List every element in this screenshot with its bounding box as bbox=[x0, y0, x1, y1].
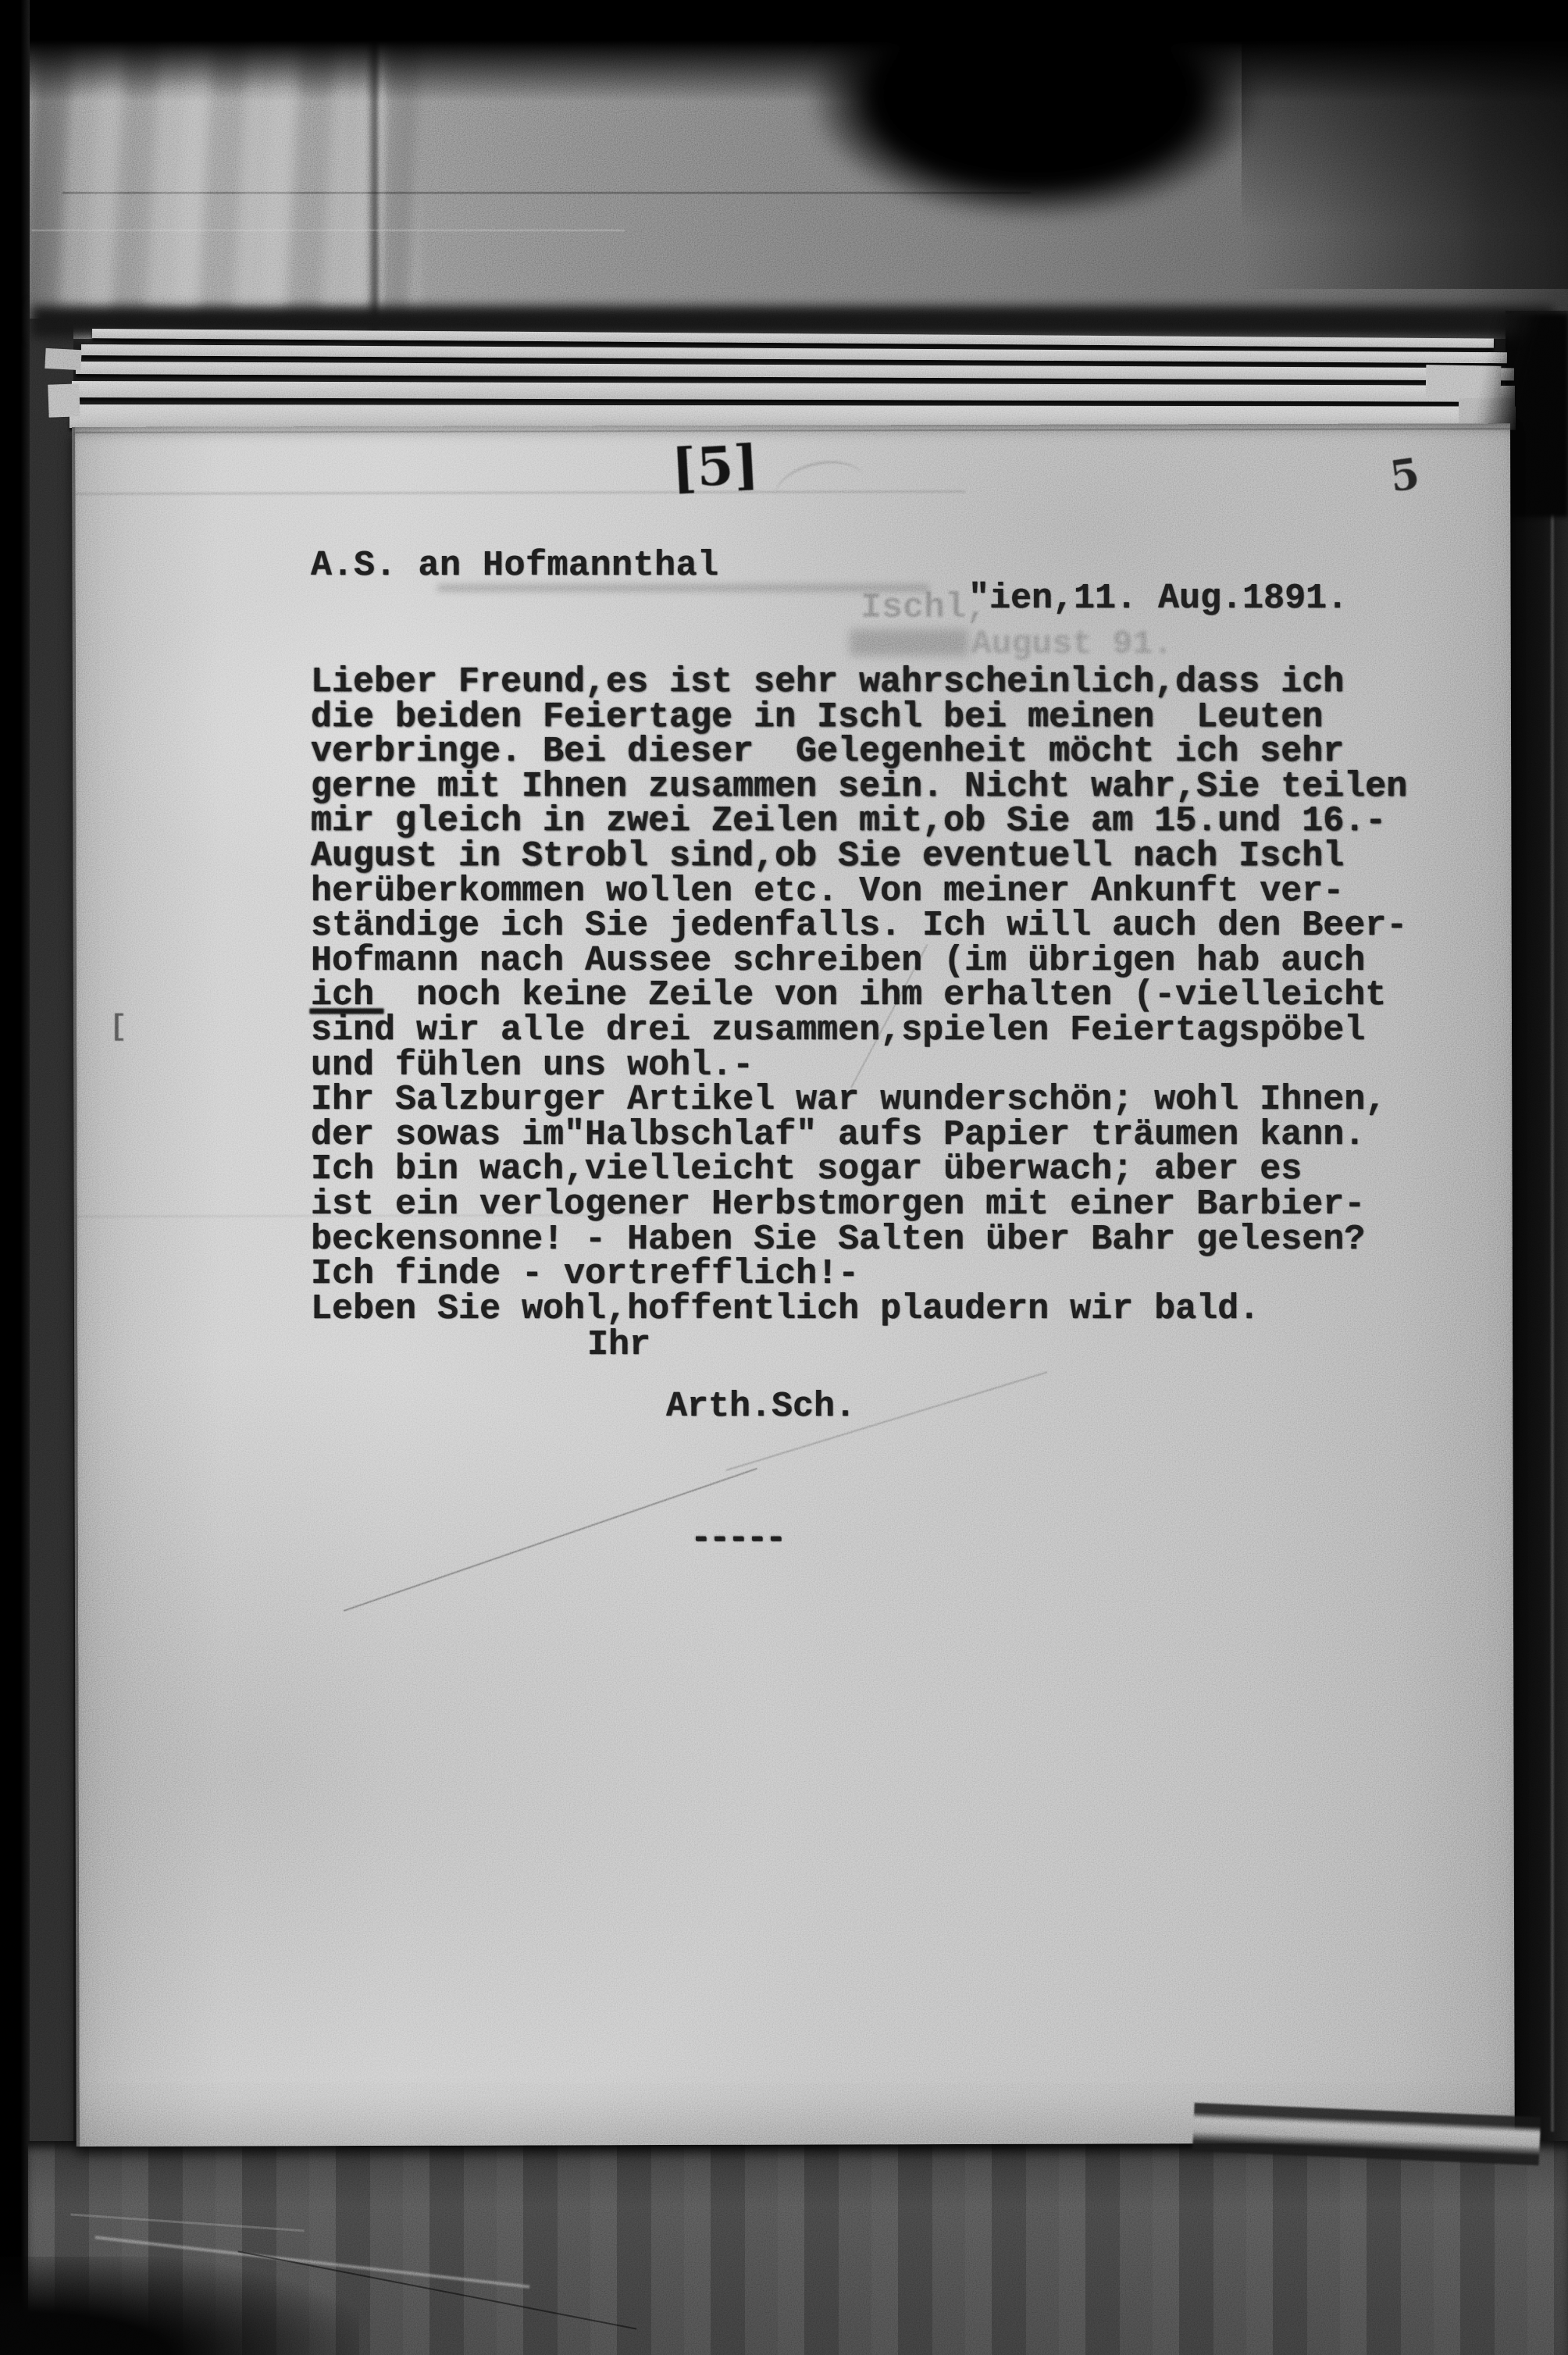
dateline-ghost-line: August 91. bbox=[971, 625, 1173, 663]
letter-body-line: Ich finde - vortrefflich!- bbox=[311, 1256, 1451, 1292]
film-bottom-left-shadow bbox=[0, 2257, 359, 2355]
letter-body-line: ich noch keine Zeile von ihm erhalten (-… bbox=[311, 978, 1451, 1013]
archival-photo-frame: [5] 5 [ A.S. an Hofmannthal Ischl, "ien,… bbox=[0, 0, 1568, 2355]
sheet-edge bbox=[72, 381, 1515, 402]
underline-ich bbox=[309, 1008, 384, 1014]
film-scratch bbox=[31, 230, 625, 231]
letter-body-line: Lieber Freund,es ist sehr wahrscheinlich… bbox=[311, 664, 1451, 700]
letter-valediction: Ihr bbox=[587, 1327, 650, 1363]
letter-separator-dashes: ----- bbox=[690, 1521, 784, 1556]
margin-bracket-mark: [ bbox=[109, 1010, 127, 1044]
letter-body-line: der sowas im"Halbschlaf" aufs Papier trä… bbox=[311, 1117, 1451, 1153]
film-top-right-shade bbox=[1242, 0, 1568, 289]
letter-body-line: verbringe. Bei dieser Gelegenheit möcht … bbox=[311, 734, 1451, 769]
letter-body-line: ständige ich Sie jedenfalls. Ich will au… bbox=[311, 908, 1451, 943]
letter-body-line: und fühlen uns wohl.- bbox=[311, 1048, 1451, 1083]
letter-body-line: Leben Sie wohl,hoffentlich plaudern wir … bbox=[311, 1292, 1451, 1327]
sheet-edge bbox=[81, 344, 1507, 363]
letter-body: Lieber Freund,es ist sehr wahrscheinlich… bbox=[311, 664, 1451, 1326]
letter-body-line: gerne mit Ihnen zusammen sein. Nicht wah… bbox=[311, 769, 1451, 804]
film-right-border bbox=[1506, 311, 1568, 2235]
letter-body-line: sind wir alle drei zusammen,spielen Feie… bbox=[311, 1013, 1451, 1048]
ink-smudge bbox=[437, 584, 929, 592]
letter-body-line: mir gleich in zwei Zeilen mit,ob Sie am … bbox=[311, 803, 1451, 839]
letter-heading: A.S. an Hofmannthal bbox=[311, 548, 719, 583]
letter-body-line: die beiden Feiertage in Ischl bei meinen… bbox=[311, 700, 1451, 735]
letter-body-line: beckensonne! - Haben Sie Salten über Bah… bbox=[311, 1222, 1451, 1257]
letter-body-line: ist ein verlogener Herbstmorgen mit eine… bbox=[311, 1187, 1451, 1222]
film-left-column bbox=[30, 319, 73, 2196]
sheet-corner bbox=[48, 383, 80, 417]
letter-body-line: Ihr Salzburger Artikel war wunderschön; … bbox=[311, 1082, 1451, 1117]
fold-line bbox=[75, 428, 1510, 433]
dateline-typed: "ien,11. Aug.1891. bbox=[968, 581, 1348, 616]
film-right-streak bbox=[1551, 336, 1554, 2132]
letter-body-line: August in Strobl sind,ob Sie eventuell n… bbox=[311, 839, 1451, 874]
sheet-edge bbox=[76, 362, 1514, 380]
film-scratch bbox=[62, 192, 1031, 194]
sheet-corner bbox=[45, 348, 81, 370]
film-left-border bbox=[0, 0, 30, 2355]
letter-body-line: Ich bin wach,vielleicht sogar überwach; … bbox=[311, 1152, 1451, 1187]
letter-signature: Arth.Sch. bbox=[666, 1389, 856, 1424]
dateline-ghost-smudge bbox=[850, 629, 968, 656]
letter-body-line: herüberkommen wollen etc. Von meiner Ank… bbox=[311, 874, 1451, 909]
handwritten-page-number-bracketed: [5] bbox=[670, 433, 761, 501]
letter-body-line: Hofmann nach Aussee schreiben (im übrige… bbox=[311, 943, 1451, 978]
